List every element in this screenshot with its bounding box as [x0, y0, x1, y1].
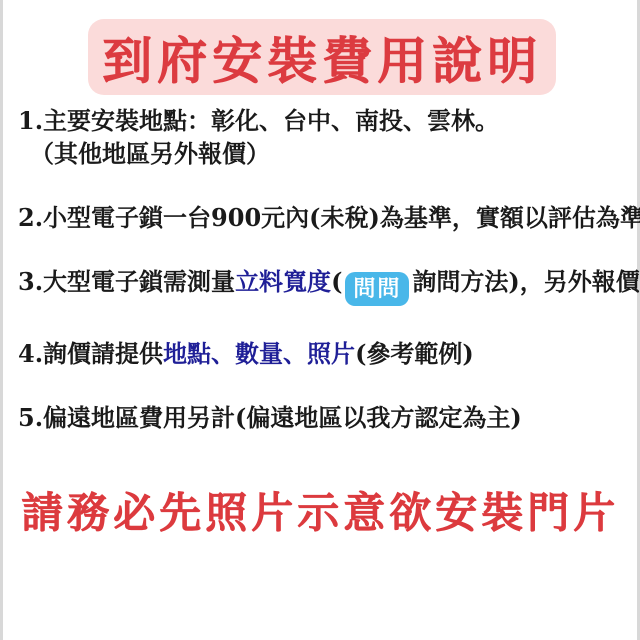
fee-rules-list: 1.主要安裝地點：彰化、台中、南投、雲林。 （其他地區另外報價） 2.小型電子鎖…: [18, 104, 630, 465]
footer-banner: 請務必先照片示意欲安裝門片: [0, 480, 640, 540]
list-item-remote-area: 5.偏遠地區費用另計(偏遠地區以我方認定為主): [18, 401, 630, 434]
item5-text: 5.偏遠地區費用另計(偏遠地區以我方認定為主): [18, 403, 522, 432]
title-banner: 到府安裝費用說明: [88, 19, 556, 95]
item1-line2: （其他地區另外報價）: [18, 137, 630, 170]
item3-prefix: 3.大型電子鎖需測量: [18, 267, 235, 296]
ask-badge: 問問: [345, 272, 409, 306]
item4-suffix: (參考範例): [355, 339, 474, 368]
item4-prefix: 4.詢價請提供: [18, 339, 163, 368]
item4-highlight-details: 地點、數量、照片: [163, 339, 355, 368]
item2-text: 2.小型電子鎖一台900元內(未稅)為基準，實額以評估為準。: [18, 203, 640, 232]
item3-paren-open: (: [331, 267, 342, 296]
list-item-large-lock-measure: 3.大型電子鎖需測量立料寬度(問問詢問方法)，另外報價。: [18, 265, 630, 306]
installation-fee-notice: 到府安裝費用說明 1.主要安裝地點：彰化、台中、南投、雲林。 （其他地區另外報價…: [0, 0, 640, 640]
footer-warning: 請務必先照片示意欲安裝門片: [21, 488, 619, 537]
item3-highlight-width: 立料寬度: [235, 267, 331, 296]
list-item-locations: 1.主要安裝地點：彰化、台中、南投、雲林。 （其他地區另外報價）: [18, 104, 630, 170]
page-title: 到府安裝費用說明: [102, 21, 542, 93]
item3-suffix: 詢問方法)，另外報價。: [412, 267, 640, 296]
list-item-quote-info: 4.詢價請提供地點、數量、照片(參考範例): [18, 337, 630, 370]
item1-line1: 1.主要安裝地點：彰化、台中、南投、雲林。: [18, 106, 499, 135]
list-item-small-lock-price: 2.小型電子鎖一台900元內(未稅)為基準，實額以評估為準。: [18, 201, 630, 234]
left-edge-strip: [0, 0, 3, 640]
